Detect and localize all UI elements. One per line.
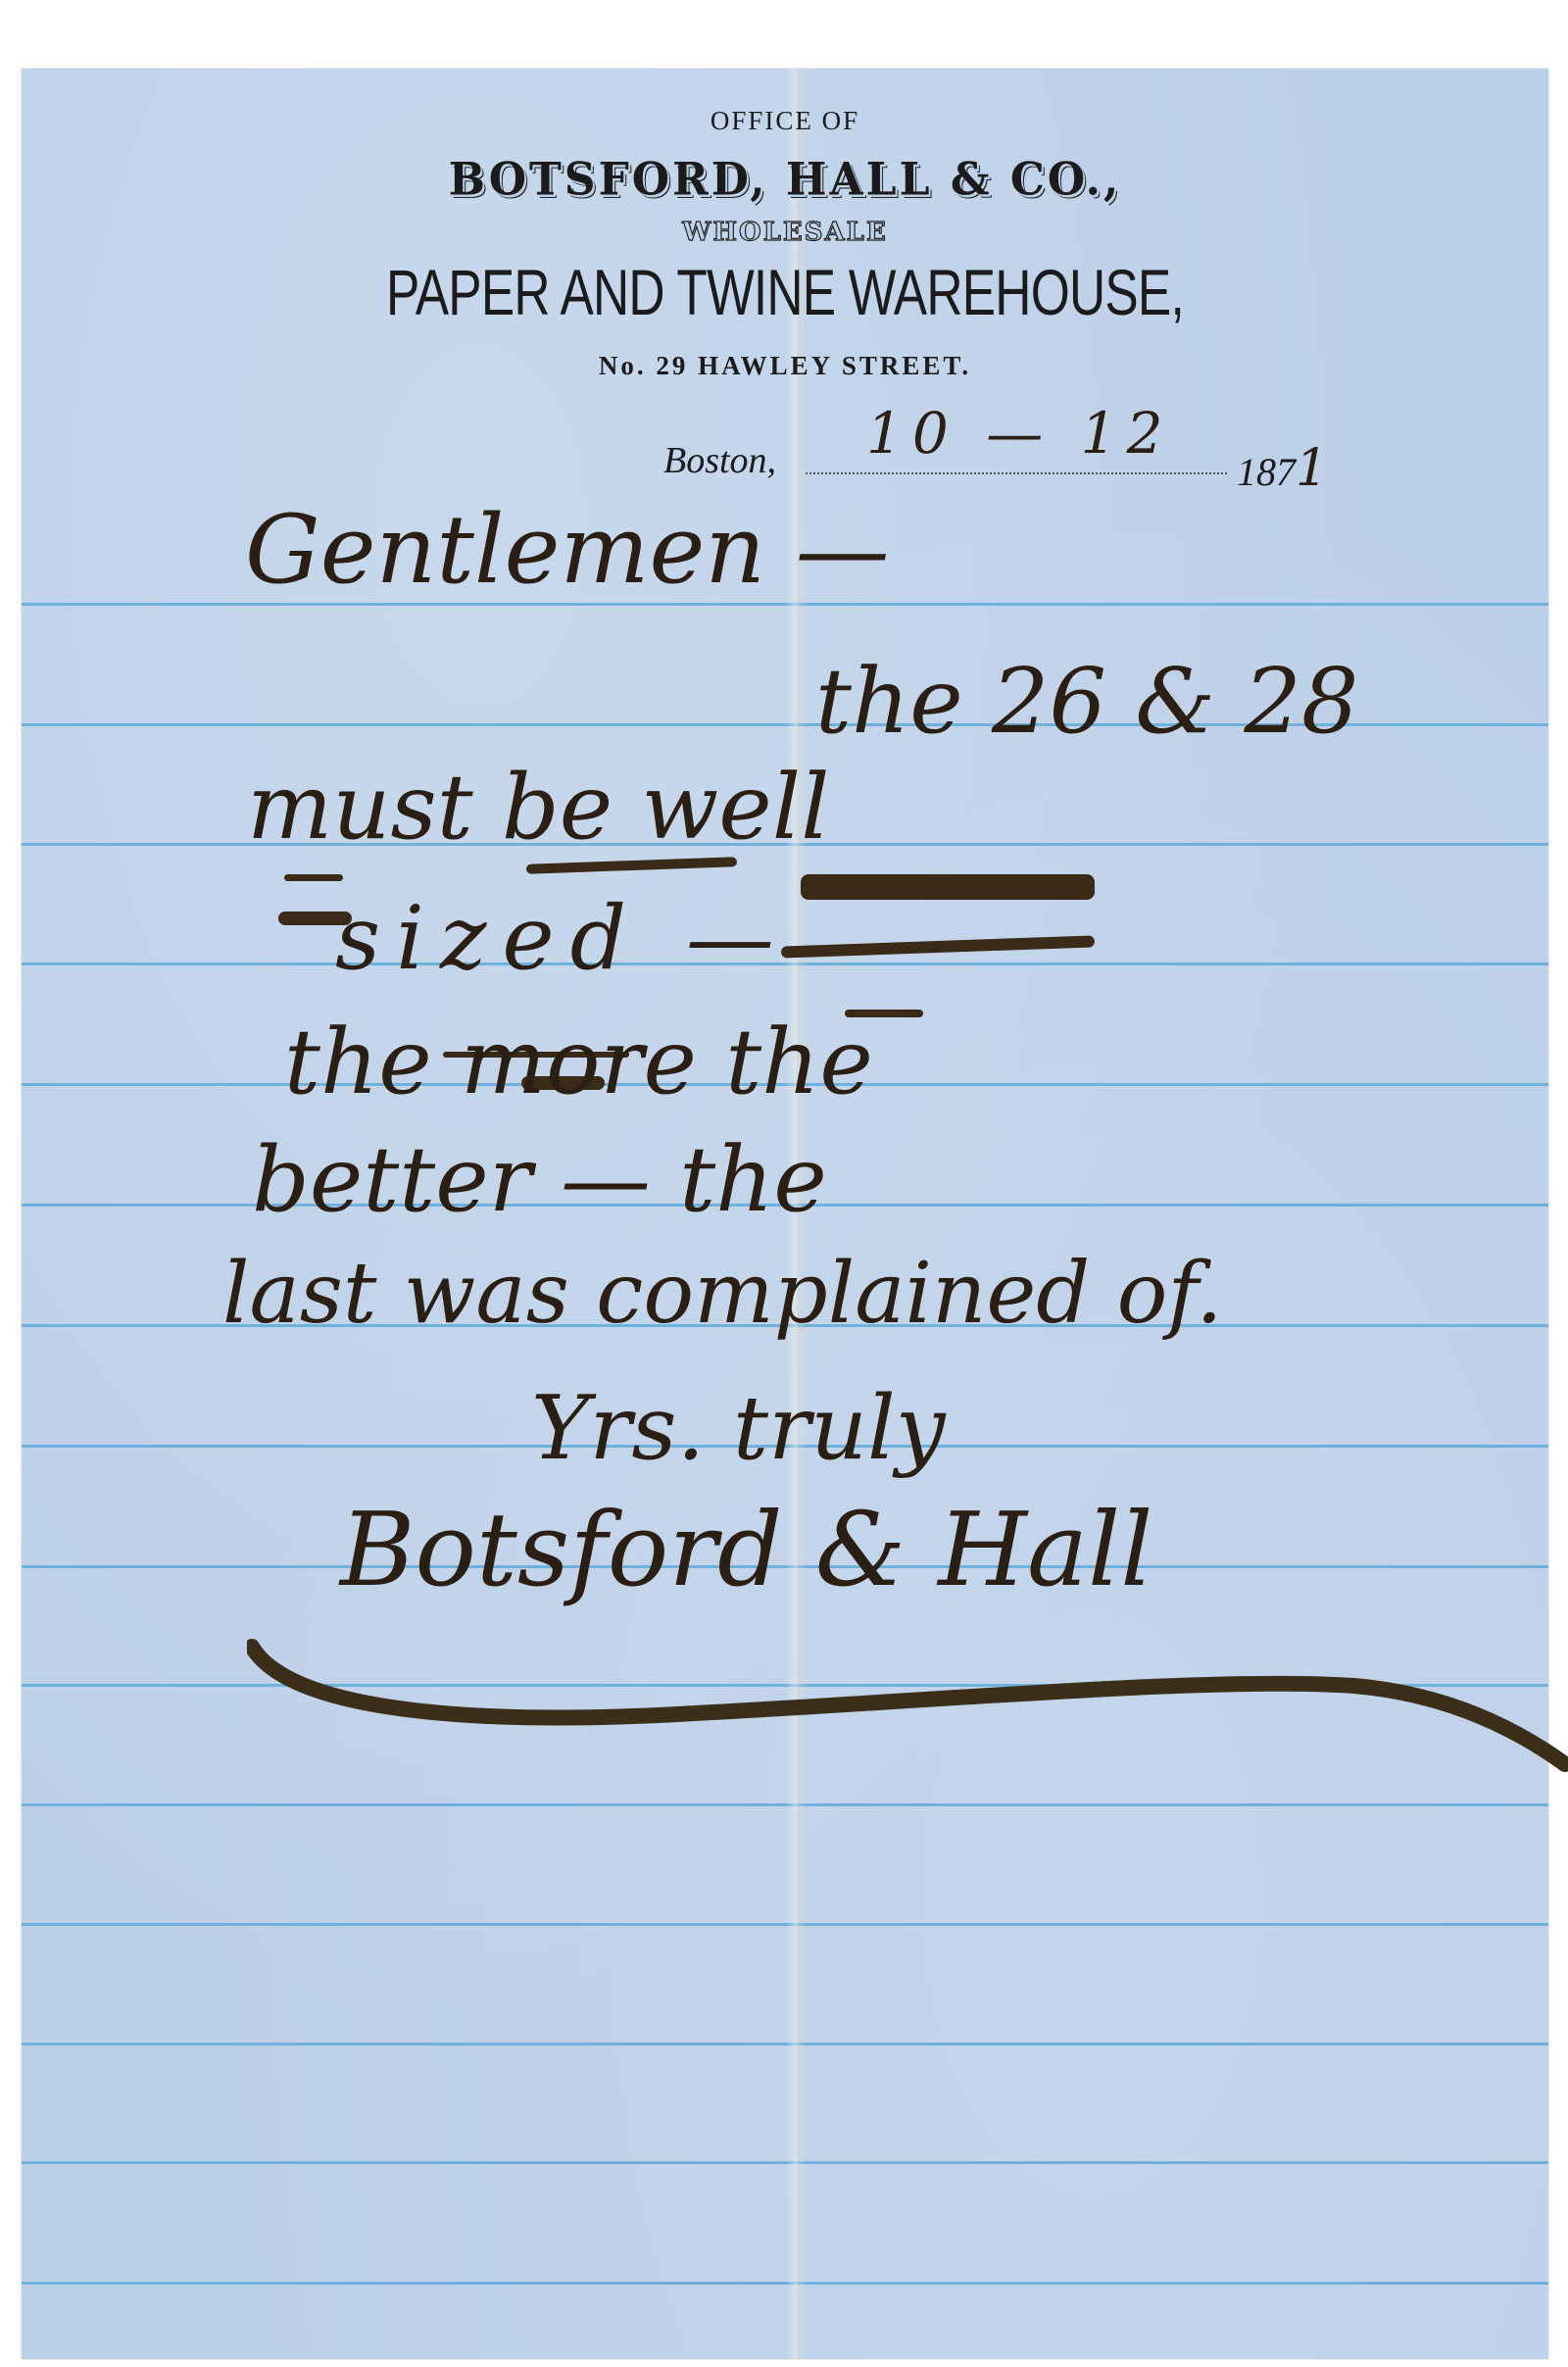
dateline-handwritten-date: 10 — 12: [866, 400, 1172, 467]
ruled-line: [22, 2161, 1548, 2164]
dateline-year: 1871: [1237, 439, 1328, 498]
letter-line: must be well: [247, 755, 830, 860]
dateline-dotted-rule: [806, 472, 1227, 474]
ruled-line: [22, 2043, 1548, 2046]
letterhead-office-of: OFFICE OF: [22, 106, 1548, 136]
signature-flourish: [247, 1637, 1568, 1794]
letter-signature: Botsford & Hall: [340, 1490, 1153, 1609]
dateline-place: Boston,: [663, 439, 776, 482]
underline-stroke: [284, 874, 343, 881]
letterhead-wholesale: WHOLESALE: [22, 218, 1548, 247]
ruled-line: [22, 1923, 1548, 1926]
dateline-year-printed: 187: [1237, 450, 1296, 494]
letter-line: better — the: [252, 1127, 827, 1232]
letterhead-firm-name: BOTSFORD, HALL & CO.,: [22, 154, 1548, 207]
letterhead-address: No. 29 HAWLEY STREET.: [22, 351, 1548, 381]
letter-line: sized —: [335, 887, 790, 990]
ruled-line: [22, 1803, 1548, 1806]
letter-paper: OFFICE OF BOTSFORD, HALL & CO., WHOLESAL…: [22, 69, 1548, 2359]
letter-line: the more the: [284, 1010, 873, 1114]
underline-stroke: [801, 874, 1095, 900]
letterhead-title: PAPER AND TWINE WAREHOUSE,: [189, 255, 1380, 329]
underline-stroke: [781, 935, 1095, 958]
letter-line: the 26 & 28: [815, 649, 1358, 754]
letter-closing: Yrs. truly: [531, 1377, 946, 1480]
letter-salutation: Gentlemen —: [245, 495, 890, 605]
ruled-line: [22, 2282, 1548, 2285]
letter-line: last was complained of.: [222, 1245, 1223, 1343]
dateline-year-handwritten: 1: [1296, 439, 1328, 498]
